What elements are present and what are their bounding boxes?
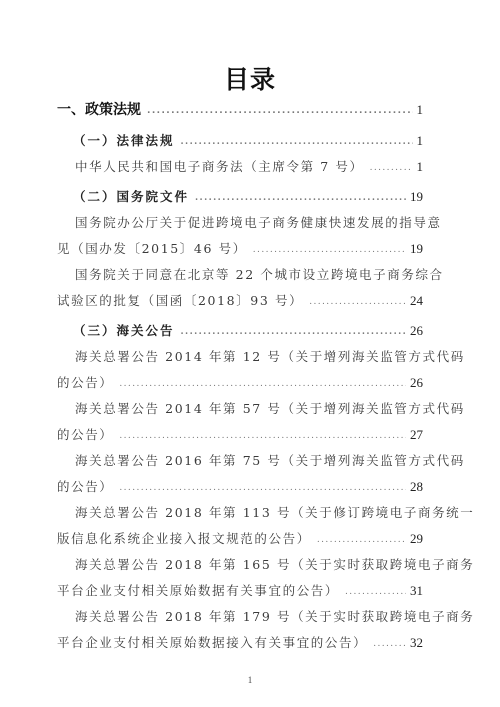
- toc-entry-line: 版信息化系统企业接入报文规范的公告） 29: [57, 526, 423, 552]
- toc-entry-label: 平台企业支付相关原始数据接入有关事宜的公告）: [57, 630, 367, 656]
- toc-entry-customs-2014-57[interactable]: 海关总署公告 2014 年第 57 号（关于增列海关监管方式代码 的公告） 27: [57, 396, 423, 448]
- toc-entry-line: 国务院办公厅关于促进跨境电子商务健康快速发展的指导意: [57, 210, 423, 236]
- dot-leader: [147, 97, 413, 125]
- toc-entry-customs-announcements[interactable]: （三）海关公告 26: [57, 318, 423, 344]
- toc-entry-label: 海关总署公告 2018 年第 179 号（关于实时获取跨境电子商务: [75, 604, 474, 630]
- toc-entry-line: 平台企业支付相关原始数据有关事宜的公告） 31: [57, 578, 423, 604]
- toc-page-number: 1: [417, 96, 424, 124]
- toc-entry-label: 的公告）: [57, 474, 113, 500]
- toc-entry-line: 国务院关于同意在北京等 22 个城市设立跨境电子商务综合: [57, 262, 423, 288]
- dot-leader: [373, 631, 406, 657]
- toc-entry-line: 见（国办发〔2015〕46 号） 19: [57, 236, 423, 262]
- toc-entry-guohan-2018-93[interactable]: 国务院关于同意在北京等 22 个城市设立跨境电子商务综合 试验区的批复（国函〔2…: [57, 262, 423, 314]
- toc-entry-line: 海关总署公告 2018 年第 179 号（关于实时获取跨境电子商务: [57, 604, 423, 630]
- dot-leader: [370, 155, 413, 181]
- toc-entry-label: 海关总署公告 2018 年第 113 号（关于修订跨境电子商务统一: [75, 500, 474, 526]
- dot-leader: [119, 475, 406, 501]
- toc-entry-label: 的公告）: [57, 370, 113, 396]
- toc-entry-label: 国务院办公厅关于促进跨境电子商务健康快速发展的指导意: [75, 210, 442, 236]
- table-of-contents: 一、政策法规 1 （一）法律法规 1 中华人民共和国电子商务法（主席令第 7 号…: [57, 96, 423, 656]
- toc-entry-label: 海关总署公告 2014 年第 12 号（关于增列海关监管方式代码: [75, 344, 465, 370]
- toc-page-number: 19: [410, 236, 423, 262]
- toc-entry-label: 海关总署公告 2014 年第 57 号（关于增列海关监管方式代码: [75, 396, 465, 422]
- toc-entry-label: 中华人民共和国电子商务法（主席令第 7 号）: [75, 154, 364, 180]
- toc-page-number: 29: [410, 526, 423, 552]
- toc-entry-line: 试验区的批复（国函〔2018〕93 号） 24: [57, 288, 423, 314]
- dot-leader: [119, 371, 406, 397]
- dot-leader: [253, 237, 406, 263]
- toc-entry-ecommerce-law[interactable]: 中华人民共和国电子商务法（主席令第 7 号） 1: [57, 154, 423, 180]
- toc-entry-line: 的公告） 27: [57, 422, 423, 448]
- toc-entry-line: 平台企业支付相关原始数据接入有关事宜的公告） 32: [57, 630, 423, 656]
- toc-page-number: 24: [410, 288, 423, 314]
- toc-entry-guoban-2015-46[interactable]: 国务院办公厅关于促进跨境电子商务健康快速发展的指导意 见（国办发〔2015〕46…: [57, 210, 423, 262]
- toc-entry-line: 海关总署公告 2018 年第 165 号（关于实时获取跨境电子商务: [57, 552, 423, 578]
- toc-entry-label: （三）海关公告: [73, 318, 175, 344]
- toc-entry-line: 海关总署公告 2014 年第 57 号（关于增列海关监管方式代码: [57, 396, 423, 422]
- toc-entry-label: 见（国办发〔2015〕46 号）: [57, 236, 247, 262]
- toc-entry-line: 海关总署公告 2016 年第 75 号（关于增列海关监管方式代码: [57, 448, 423, 474]
- dot-leader: [317, 527, 406, 553]
- toc-entry-label: 的公告）: [57, 422, 113, 448]
- toc-entry-state-council-docs[interactable]: （二）国务院文件 19: [57, 184, 423, 210]
- document-page: 目录 一、政策法规 1 （一）法律法规 1 中华人民共和国电子商务法（主席令第 …: [0, 0, 500, 707]
- toc-entry-label: （一）法律法规: [73, 128, 175, 154]
- toc-entry-customs-2018-113[interactable]: 海关总署公告 2018 年第 113 号（关于修订跨境电子商务统一 版信息化系统…: [57, 500, 423, 552]
- toc-entry-line: 的公告） 28: [57, 474, 423, 500]
- dot-leader: [309, 289, 406, 315]
- toc-entry-line: 海关总署公告 2014 年第 12 号（关于增列海关监管方式代码: [57, 344, 423, 370]
- toc-entry-label: 海关总署公告 2016 年第 75 号（关于增列海关监管方式代码: [75, 448, 465, 474]
- dot-leader: [345, 579, 406, 605]
- toc-page-number: 1: [417, 128, 424, 154]
- toc-entry-customs-2016-75[interactable]: 海关总署公告 2016 年第 75 号（关于增列海关监管方式代码 的公告） 28: [57, 448, 423, 500]
- toc-page-number: 26: [410, 318, 423, 344]
- toc-entry-laws[interactable]: （一）法律法规 1: [57, 128, 423, 154]
- toc-page-number: 27: [410, 422, 423, 448]
- dot-leader: [195, 185, 406, 211]
- dot-leader: [181, 129, 413, 155]
- page-title: 目录: [0, 60, 500, 96]
- toc-entry-customs-2018-179[interactable]: 海关总署公告 2018 年第 179 号（关于实时获取跨境电子商务 平台企业支付…: [57, 604, 423, 656]
- toc-page-number: 1: [417, 154, 424, 180]
- toc-entry-label: （二）国务院文件: [73, 184, 189, 210]
- toc-entry-customs-2018-165[interactable]: 海关总署公告 2018 年第 165 号（关于实时获取跨境电子商务 平台企业支付…: [57, 552, 423, 604]
- page-number-footer: 1: [0, 675, 500, 685]
- dot-leader: [119, 423, 406, 449]
- toc-page-number: 31: [410, 578, 423, 604]
- toc-page-number: 26: [410, 370, 423, 396]
- toc-entry-line: 的公告） 26: [57, 370, 423, 396]
- toc-entry-policy-regulations[interactable]: 一、政策法规 1: [57, 96, 423, 124]
- toc-entry-line: 海关总署公告 2018 年第 113 号（关于修订跨境电子商务统一: [57, 500, 423, 526]
- toc-entry-label: 版信息化系统企业接入报文规范的公告）: [57, 526, 311, 552]
- toc-page-number: 19: [410, 184, 423, 210]
- toc-entry-label: 平台企业支付相关原始数据有关事宜的公告）: [57, 578, 339, 604]
- toc-entry-customs-2014-12[interactable]: 海关总署公告 2014 年第 12 号（关于增列海关监管方式代码 的公告） 26: [57, 344, 423, 396]
- toc-entry-label: 一、政策法规: [57, 96, 141, 124]
- toc-entry-label: 试验区的批复（国函〔2018〕93 号）: [57, 288, 303, 314]
- toc-entry-label: 国务院关于同意在北京等 22 个城市设立跨境电子商务综合: [75, 262, 444, 288]
- toc-page-number: 32: [410, 630, 423, 656]
- dot-leader: [181, 319, 406, 345]
- toc-page-number: 28: [410, 474, 423, 500]
- toc-entry-label: 海关总署公告 2018 年第 165 号（关于实时获取跨境电子商务: [75, 552, 474, 578]
